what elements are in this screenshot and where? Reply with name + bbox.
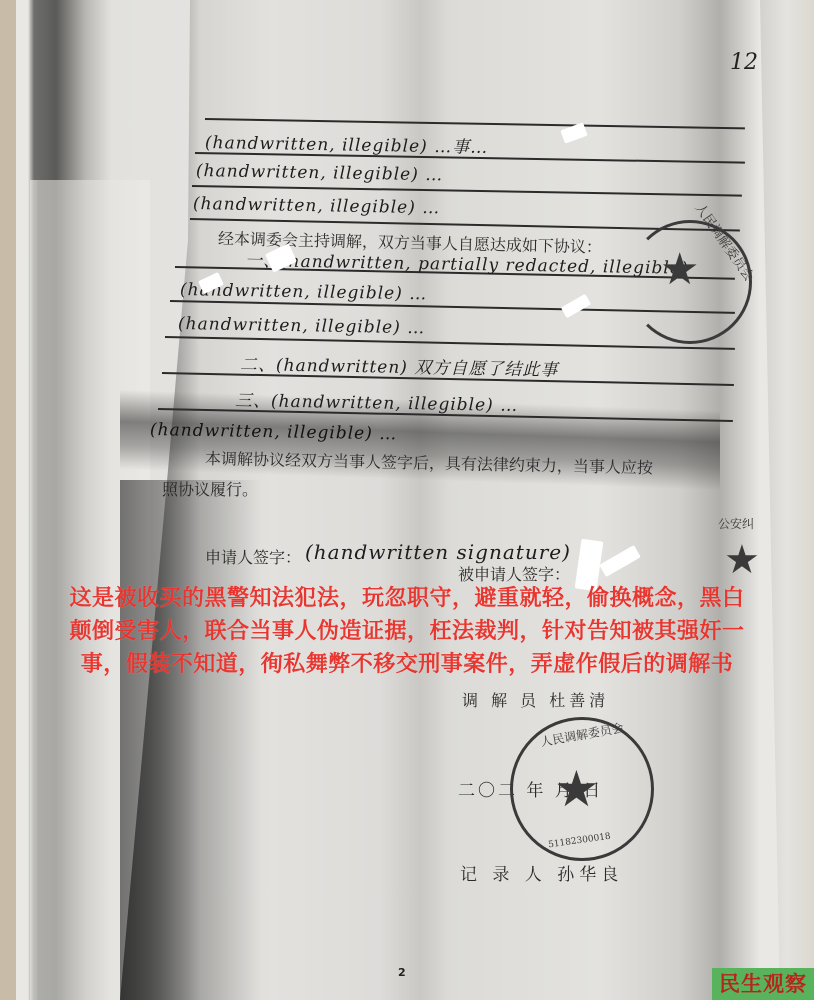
page-number: 2 [398, 966, 406, 979]
applicant-signature: (handwritten signature) [305, 540, 571, 564]
handwritten-page-mark: 12 [730, 50, 758, 75]
agreement-item: (handwritten, illegible) … [150, 420, 398, 444]
handwritten-line: (handwritten, illegible) … [196, 161, 444, 185]
recorder-name: 孙华良 [557, 865, 623, 885]
seal-star-icon: ★ [554, 764, 599, 814]
item-text: (handwritten, illegible) … [271, 392, 519, 416]
binding-clause-cont: 照协议履行。 [162, 477, 258, 500]
seal-star-icon: ★ [724, 540, 760, 580]
watermark-badge: 民生观察 [712, 968, 814, 1000]
handwritten-line: (handwritten, illegible) …事… [205, 128, 489, 158]
caption-line: 颠倒受害人，联合当事人伪造证据，枉法裁判，针对告知被其强奸一 [0, 615, 814, 648]
agreement-item: (handwritten, illegible) … [178, 314, 426, 338]
seal-star-icon: ★ [660, 248, 699, 292]
mediator-label: 调 解 员 [462, 691, 540, 710]
seal-text-fragment: 公安纠 [718, 515, 754, 532]
recorder-line: 记 录 人 孙华良 [460, 860, 623, 885]
mediator-name: 杜善清 [549, 691, 609, 710]
overlay-caption: 这是被收买的黑警知法犯法，玩忽职守，避重就轻，偷换概念，黑白 颠倒受害人，联合当… [0, 582, 814, 681]
caption-line: 事，假装不知道，徇私舞弊不移交刑事案件，弄虚作假后的调解书 [0, 648, 814, 681]
item-number: 三、 [235, 391, 271, 412]
mediator-line: 调 解 员 杜善清 [462, 688, 609, 711]
caption-line: 这是被收买的黑警知法犯法，玩忽职守，避重就轻，偷换概念，黑白 [0, 582, 814, 615]
agreement-item: 三、(handwritten, illegible) … [235, 386, 519, 416]
applicant-signature-label: 申请人签字： [205, 545, 301, 568]
handwritten-line: (handwritten, illegible) … [193, 194, 441, 218]
recorder-label: 记 录 人 [460, 865, 547, 885]
item-number: 二、 [240, 355, 276, 376]
